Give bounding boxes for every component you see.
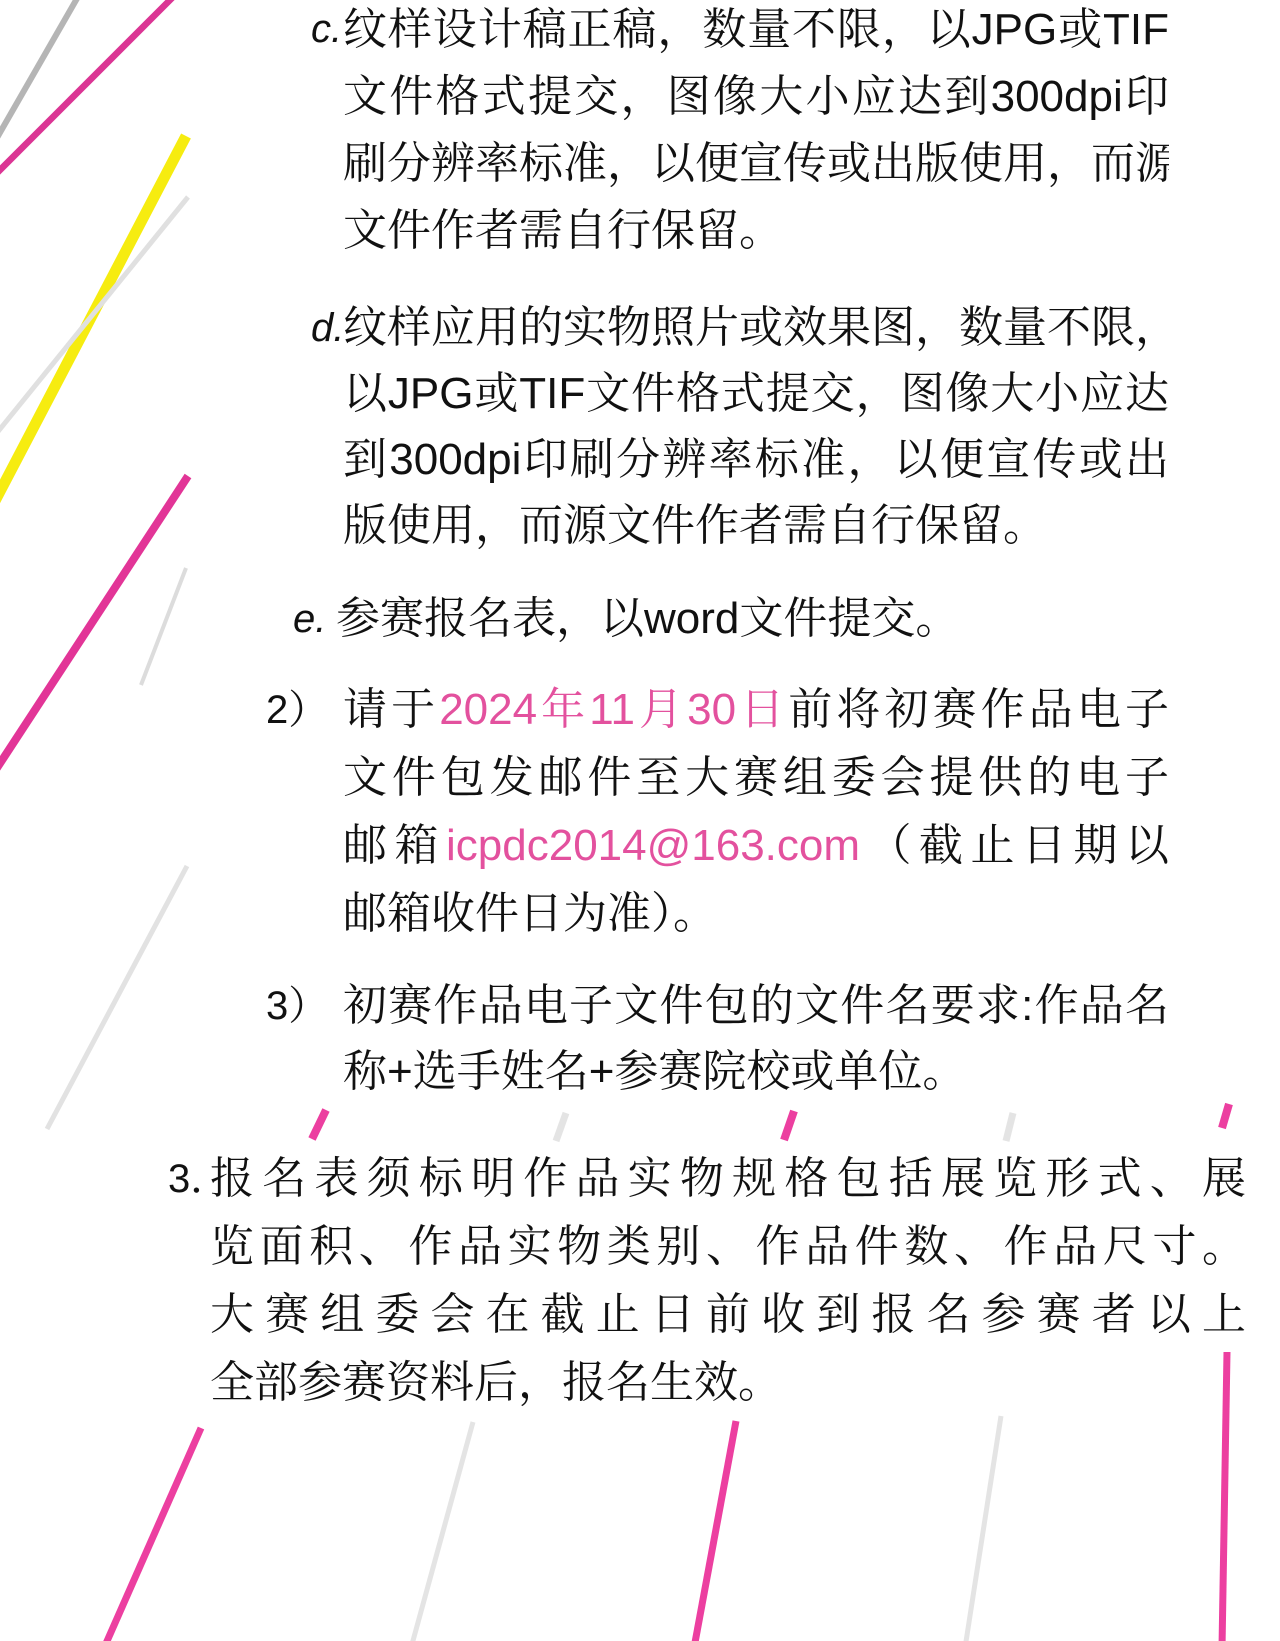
paragraph-line: 刷分辨率标准，以便宣传或出版使用，而源	[343, 130, 1169, 197]
paragraph-line: 称+选手姓名+参赛院校或单位。	[343, 1039, 1169, 1105]
item-3p-label: 3）	[266, 973, 328, 1039]
diagonal-gray-topleft-line	[0, 0, 79, 143]
email-highlight: icpdc2014@163.com	[446, 821, 860, 870]
paragraph-line: 报名表须标明作品实物规格包括展览形式、展	[210, 1145, 1246, 1213]
diagonal-gray-long-mid-line	[47, 866, 187, 1129]
line-pink-bottom-1	[104, 1428, 201, 1641]
paragraph-line: 初赛作品电子文件包的文件名要求:作品名	[343, 973, 1169, 1039]
paragraph-line: 到300dpi印刷分辨率标准，以便宣传或出	[343, 427, 1169, 493]
dash-gray-1	[556, 1113, 566, 1141]
line-text: 前将初赛作品电子	[788, 685, 1169, 734]
diagonal-magenta-mid-line	[0, 476, 188, 771]
paragraph-line: 全部参赛资料后，报名生效。	[210, 1349, 1246, 1417]
diagonal-gray-sliver-line	[141, 568, 186, 685]
paragraph-line: 览面积、作品实物类别、作品件数、作品尺寸。	[210, 1213, 1246, 1281]
paragraph-line: 以JPG或TIF文件格式提交，图像大小应达	[343, 361, 1169, 427]
paragraph-line: 大赛组委会在截止日前收到报名参赛者以上	[210, 1281, 1246, 1349]
line-text: 请于	[343, 685, 439, 734]
dash-gray-2	[1006, 1113, 1013, 1141]
poster-canvas: c. 纹样设计稿正稿，数量不限，以JPG或TIF 文件格式提交，图像大小应达到3…	[0, 0, 1280, 1641]
dash-pink-3	[1222, 1104, 1229, 1128]
paragraph-line: 请于2024年11月30日前将初赛作品电子	[343, 676, 1169, 744]
item-d-label: d.	[311, 295, 344, 361]
diagonal-yellow-line	[0, 136, 186, 501]
line-text: 邮箱	[343, 821, 446, 870]
deadline-date-highlight: 2024年11月30日	[439, 685, 788, 734]
line-gray-bottom-1	[411, 1422, 473, 1641]
paragraph-line: 纹样应用的实物照片或效果图，数量不限，	[343, 295, 1169, 361]
paragraph-line: 邮箱icpdc2014@163.com（截止日期以	[343, 812, 1169, 880]
paragraph-line: 文件作者需自行保留。	[343, 197, 1169, 264]
paragraph-line: 纹样设计稿正稿，数量不限，以JPG或TIF	[343, 0, 1169, 63]
line-text: （截止日期以	[860, 821, 1169, 870]
line-pink-bottom-2	[694, 1421, 736, 1641]
dash-pink-2	[784, 1111, 794, 1140]
paragraph-line: 文件格式提交，图像大小应达到300dpi印	[343, 63, 1169, 130]
paragraph-line: 邮箱收件日为准）。	[343, 880, 1169, 948]
line-gray-bottom-2	[965, 1416, 1001, 1641]
item-e-label: e.	[293, 586, 326, 652]
paragraph-line: 版使用，而源文件作者需自行保留。	[343, 493, 1169, 559]
diagonal-gray-upper-line	[0, 197, 188, 434]
dash-pink-1	[312, 1110, 326, 1139]
item-c-label: c.	[311, 0, 342, 63]
paragraph-line: 参赛报名表，以word文件提交。	[336, 586, 1176, 652]
paragraph-line: 文件包发邮件至大赛组委会提供的电子	[343, 744, 1169, 812]
item-2-label: 2）	[266, 676, 328, 744]
